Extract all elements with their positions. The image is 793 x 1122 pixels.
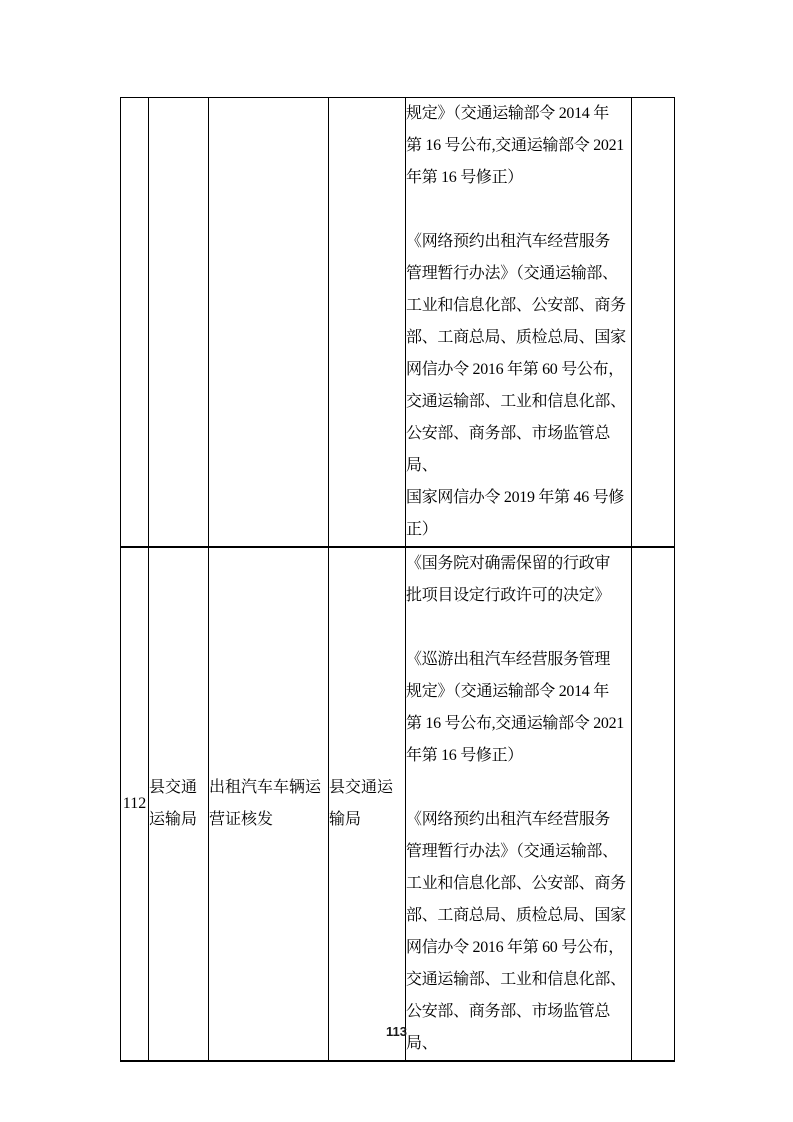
- seq-cell: [121, 98, 149, 548]
- table-row-continuation: 规定》（交通运输部令 2014 年 第 16 号公布,交通运输部令 2021 年…: [121, 98, 675, 548]
- approval-items-table: 规定》（交通运输部令 2014 年 第 16 号公布,交通运输部令 2021 年…: [120, 97, 675, 1062]
- authority-cell: [329, 98, 406, 548]
- item-name-cell: [209, 98, 329, 548]
- page-number: 113: [0, 1024, 793, 1039]
- authority-cell: 县交通运 输局: [329, 547, 406, 1061]
- department-cell: [149, 98, 209, 548]
- item-name-cell: 出租汽车车辆运 营证核发: [209, 547, 329, 1061]
- department-cell: 县交通 运输局: [149, 547, 209, 1061]
- legal-basis-cell: 规定》（交通运输部令 2014 年 第 16 号公布,交通运输部令 2021 年…: [406, 98, 632, 548]
- table-row-112: 112 县交通 运输局 出租汽车车辆运 营证核发 县交通运 输局 《国务院对确需…: [121, 547, 675, 1061]
- note-cell: [632, 98, 675, 548]
- seq-cell: 112: [121, 547, 149, 1061]
- document-page: 规定》（交通运输部令 2014 年 第 16 号公布,交通运输部令 2021 年…: [0, 0, 793, 1122]
- legal-basis-cell: 《国务院对确需保留的行政审 批项目设定行政许可的决定》 《巡游出租汽车经营服务管…: [406, 547, 632, 1061]
- note-cell: [632, 547, 675, 1061]
